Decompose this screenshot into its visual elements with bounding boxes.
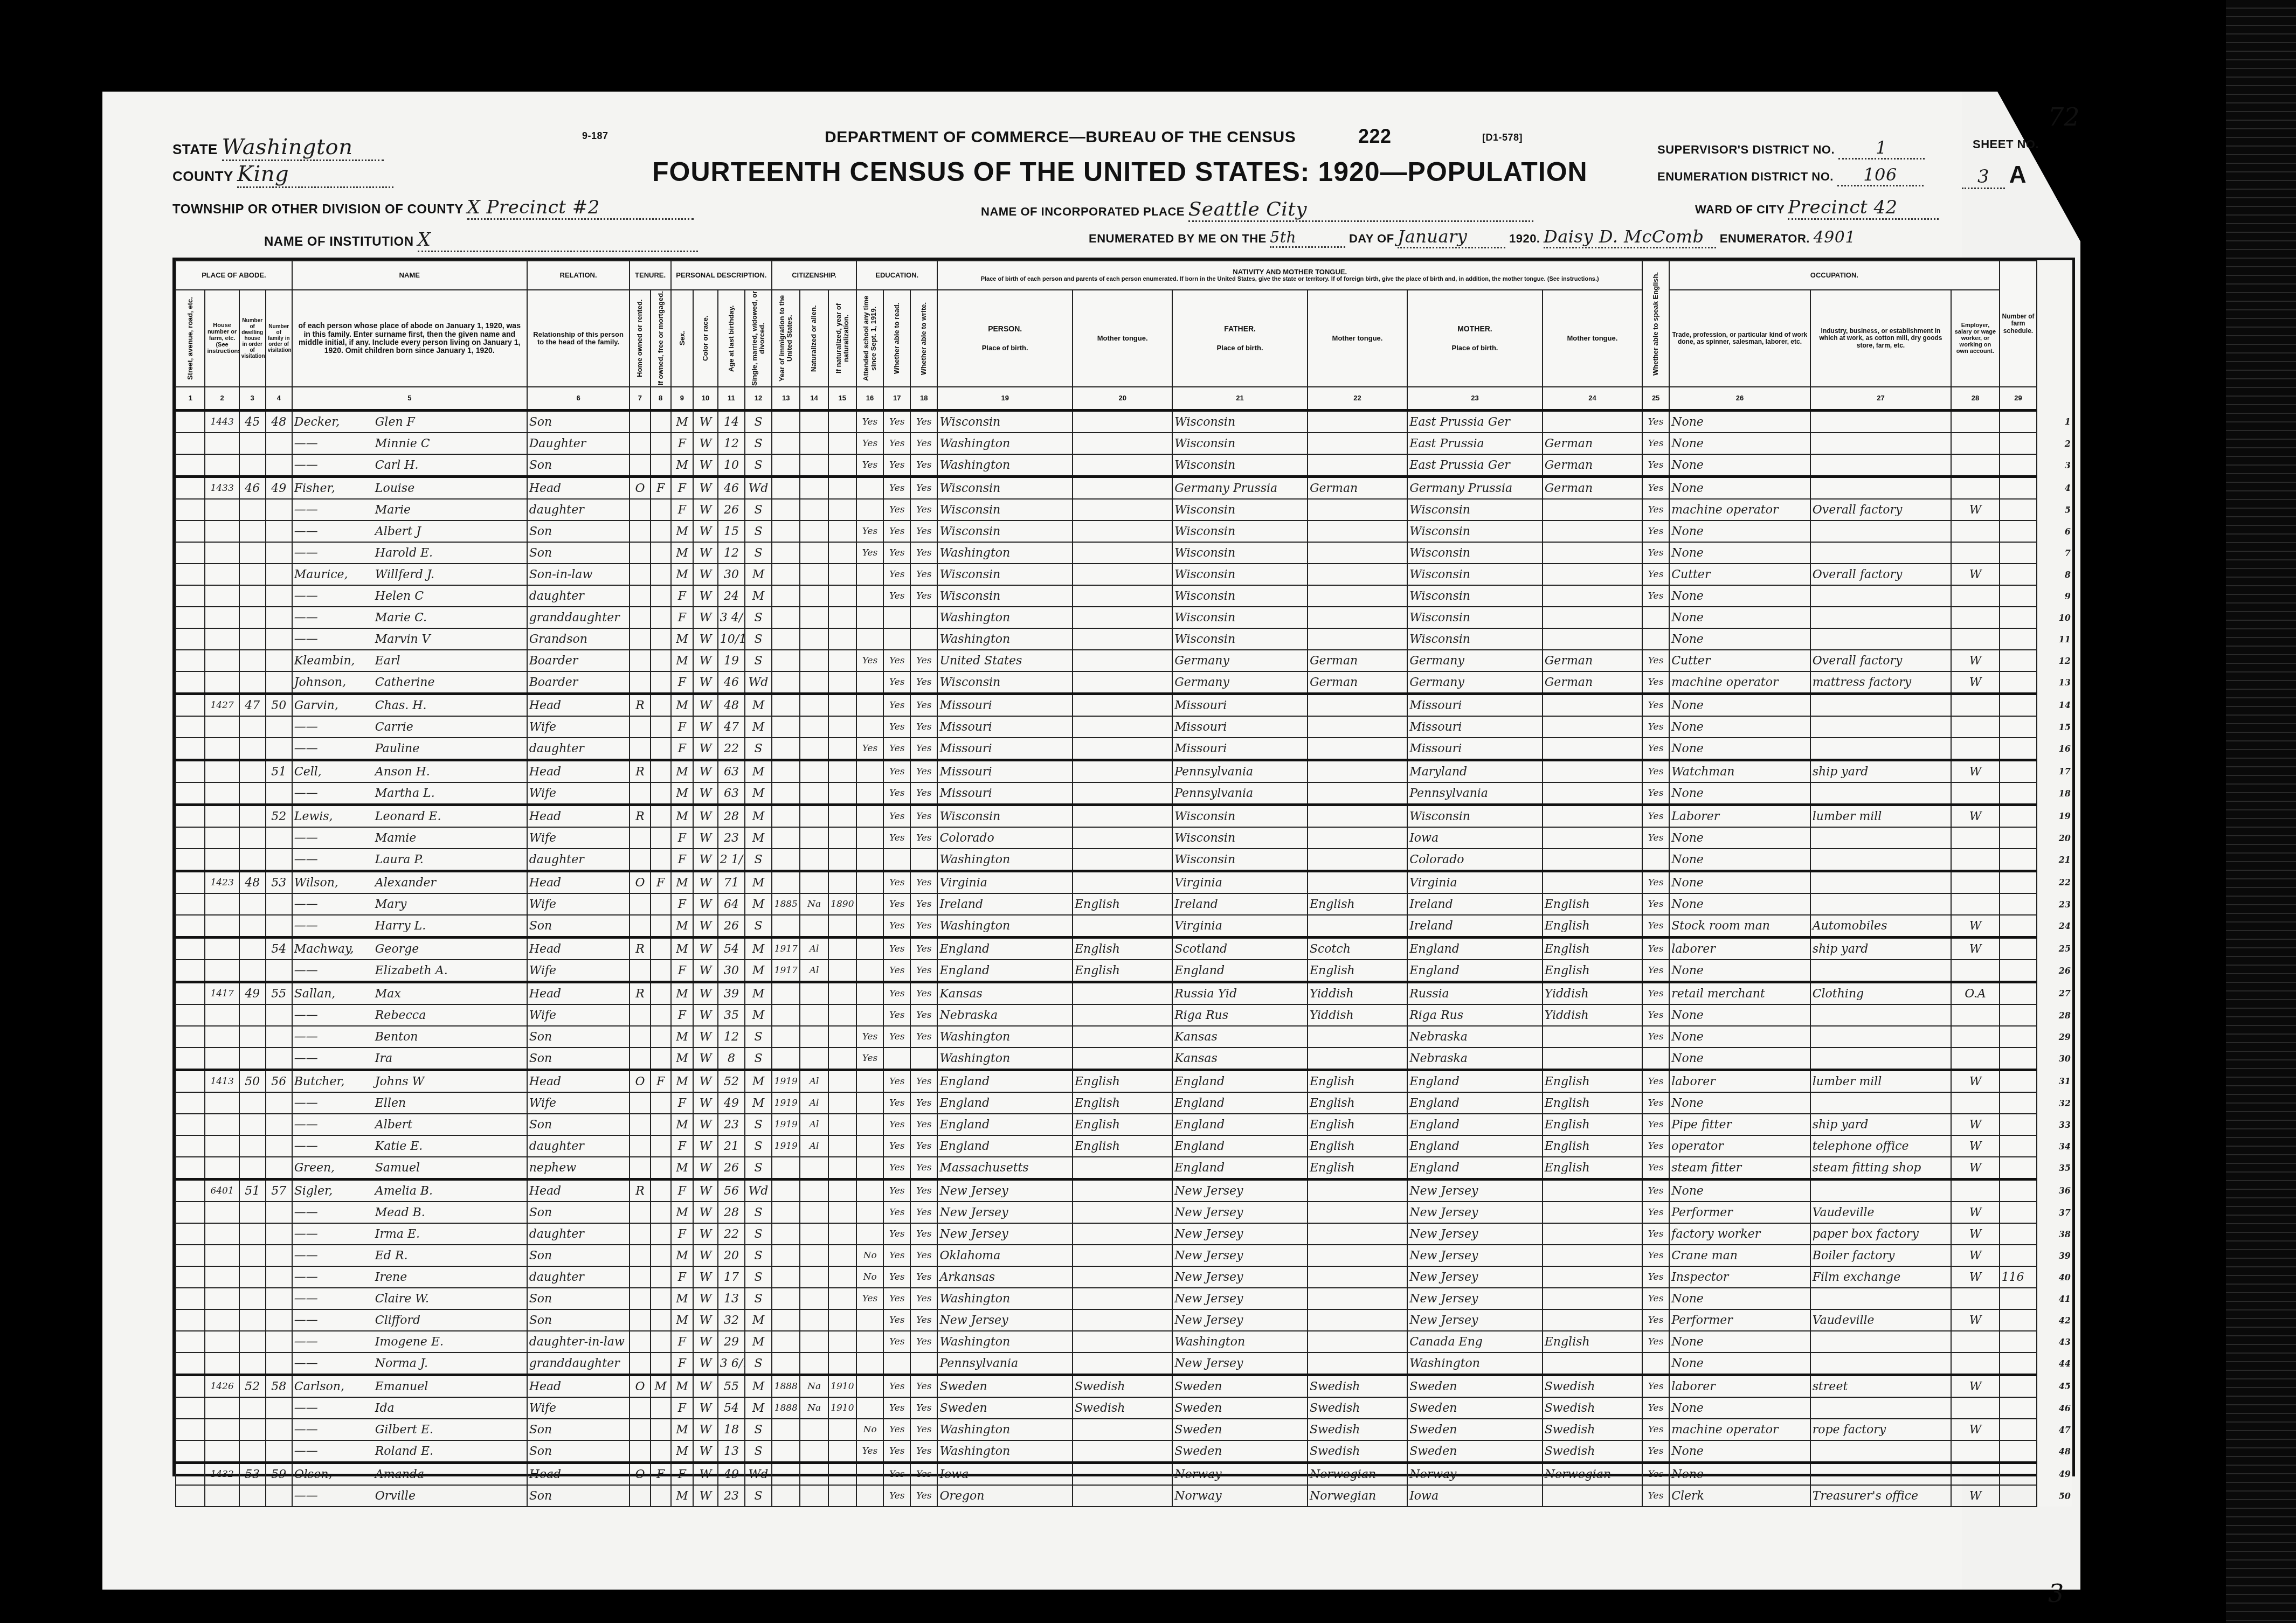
cell-pob: Wisconsin bbox=[937, 521, 1073, 542]
cell-english: Yes bbox=[1642, 1026, 1669, 1048]
cell-f-tongue: Swedish bbox=[1308, 1440, 1407, 1463]
cell-f-pob: Wisconsin bbox=[1172, 585, 1308, 607]
cell-race: W bbox=[693, 1070, 718, 1093]
line-number-value: 30 bbox=[2059, 1053, 2071, 1064]
cell-name: ——Martha L. bbox=[292, 782, 527, 805]
cell-industry bbox=[1810, 1440, 1952, 1463]
cell-school bbox=[856, 893, 883, 915]
cell-relation: Wife bbox=[527, 893, 630, 915]
cell-age: 22 bbox=[718, 1223, 745, 1245]
cell-house bbox=[205, 607, 239, 628]
cell-m-pob: Canada Eng bbox=[1407, 1331, 1543, 1352]
cell-trade: None bbox=[1669, 454, 1810, 477]
line-number: 40 574 (struck) bbox=[2037, 1266, 2072, 1288]
cell-pob: Missouri bbox=[937, 716, 1073, 738]
cell-street bbox=[176, 1419, 205, 1440]
cell-industry bbox=[1810, 1180, 1952, 1202]
cell-family bbox=[266, 1331, 292, 1352]
cell-relation: Son bbox=[527, 915, 630, 938]
cell-employ bbox=[1951, 1397, 1999, 1419]
cell-school bbox=[856, 716, 883, 738]
cell-natyr bbox=[828, 1309, 856, 1331]
cell-name: ——Pauline bbox=[292, 738, 527, 760]
enumerator-code: 4901 bbox=[1814, 228, 1856, 247]
cell-employ bbox=[1951, 782, 1999, 805]
cell-street bbox=[176, 1397, 205, 1419]
cell-nat bbox=[800, 1157, 828, 1180]
cell-english: Yes bbox=[1642, 827, 1669, 849]
line-number: 48 bbox=[2037, 1440, 2072, 1463]
cell-immig bbox=[772, 716, 800, 738]
census-row: ——EllenWifeFW49M1919AlYesYesEnglandEngli… bbox=[176, 1092, 2072, 1114]
cell-own: O bbox=[630, 1375, 650, 1398]
cell-read: Yes bbox=[883, 650, 910, 671]
cell-m-pob: Wisconsin bbox=[1407, 542, 1543, 564]
cell-own bbox=[630, 1004, 650, 1026]
cell-employ bbox=[1951, 1288, 1999, 1309]
cell-nat: Al bbox=[800, 1114, 828, 1135]
cell-sex: M bbox=[671, 1375, 693, 1398]
line-number: 42 828 bbox=[2037, 1309, 2072, 1331]
cell-write: Yes bbox=[910, 1397, 937, 1419]
col-14-header: Naturalized or alien. bbox=[800, 290, 828, 387]
cell-english: Yes bbox=[1642, 454, 1669, 477]
cell-read: Yes bbox=[883, 1485, 910, 1507]
cell-nat bbox=[800, 433, 828, 454]
surname: —— bbox=[294, 831, 375, 845]
census-row: 54Machway,GeorgeHeadRMW54M1917AlYesYesEn… bbox=[176, 938, 2072, 960]
cell-industry: rope factory bbox=[1810, 1419, 1952, 1440]
column-number: 2 bbox=[205, 387, 239, 411]
cell-f-tongue bbox=[1308, 564, 1407, 585]
cell-school bbox=[856, 1397, 883, 1419]
cell-natyr bbox=[828, 628, 856, 650]
given-name: Orville bbox=[375, 1489, 416, 1503]
cell-nat bbox=[800, 716, 828, 738]
cell-tongue bbox=[1073, 782, 1172, 805]
cell-f-pob: Missouri bbox=[1172, 694, 1308, 717]
cell-mort bbox=[651, 1397, 671, 1419]
cell-m-pob: Colorado bbox=[1407, 849, 1543, 871]
cell-nat bbox=[800, 694, 828, 717]
cell-m-tongue bbox=[1543, 1202, 1642, 1223]
cell-school: Yes bbox=[856, 738, 883, 760]
cell-trade: None bbox=[1669, 694, 1810, 717]
cell-family bbox=[266, 454, 292, 477]
cell-pob: New Jersey bbox=[937, 1223, 1073, 1245]
cell-f-pob: New Jersey bbox=[1172, 1352, 1308, 1375]
cell-m-pob: New Jersey bbox=[1407, 1202, 1543, 1223]
cell-own bbox=[630, 411, 650, 433]
line-number: 25 262 bbox=[2037, 938, 2072, 960]
cell-tongue bbox=[1073, 1180, 1172, 1202]
cell-age: 15 bbox=[718, 521, 745, 542]
microfilm-border bbox=[2226, 0, 2296, 1623]
cell-f-pob: Norway bbox=[1172, 1485, 1308, 1507]
col-8-header: If owned, free or mortgaged. bbox=[651, 290, 671, 387]
cell-family bbox=[266, 1266, 292, 1288]
cell-english: Yes bbox=[1642, 564, 1669, 585]
cell-race: W bbox=[693, 542, 718, 564]
cell-age: 8 bbox=[718, 1048, 745, 1070]
cell-sex: M bbox=[671, 760, 693, 783]
cell-family: 50 bbox=[266, 694, 292, 717]
cell-name: ——Mary bbox=[292, 893, 527, 915]
cell-employ bbox=[1951, 433, 1999, 454]
cell-f-tongue: English bbox=[1308, 960, 1407, 982]
surname: —— bbox=[294, 1357, 375, 1370]
cell-write: Yes bbox=[910, 805, 937, 828]
cell-age: 63 bbox=[718, 760, 745, 783]
county-label: COUNTY bbox=[172, 168, 233, 184]
cell-immig bbox=[772, 1419, 800, 1440]
cell-school: No bbox=[856, 1419, 883, 1440]
cell-street bbox=[176, 1463, 205, 1486]
census-row: 14234853Wilson,AlexanderHeadOFMW71MYesYe… bbox=[176, 871, 2072, 894]
cell-nat: Na bbox=[800, 1397, 828, 1419]
cell-read: Yes bbox=[883, 871, 910, 894]
cell-f-pob: Sweden bbox=[1172, 1397, 1308, 1419]
cell-read: Yes bbox=[883, 454, 910, 477]
cell-f-pob: Wisconsin bbox=[1172, 827, 1308, 849]
cell-pob: Missouri bbox=[937, 760, 1073, 783]
cell-house bbox=[205, 1004, 239, 1026]
line-number: 9 bbox=[2037, 585, 2072, 607]
cell-mort bbox=[651, 1485, 671, 1507]
surname: —— bbox=[294, 964, 375, 977]
cell-race: W bbox=[693, 827, 718, 849]
cell-f-pob: Scotland bbox=[1172, 938, 1308, 960]
cell-english: Yes bbox=[1642, 782, 1669, 805]
cell-natyr bbox=[828, 1157, 856, 1180]
cell-sex: F bbox=[671, 1463, 693, 1486]
cell-sex: F bbox=[671, 1092, 693, 1114]
cell-sex: M bbox=[671, 650, 693, 671]
cell-sex: M bbox=[671, 915, 693, 938]
cell-race: W bbox=[693, 1180, 718, 1202]
cell-own bbox=[630, 1048, 650, 1070]
cell-employ: W bbox=[1951, 1114, 1999, 1135]
cell-nat bbox=[800, 499, 828, 521]
cell-nat bbox=[800, 760, 828, 783]
cell-own bbox=[630, 1331, 650, 1352]
cell-f-tongue: German bbox=[1308, 650, 1407, 671]
line-number-value: 36 bbox=[2059, 1185, 2071, 1196]
cell-write: Yes bbox=[910, 938, 937, 960]
cell-mort bbox=[651, 1288, 671, 1309]
cell-write: Yes bbox=[910, 738, 937, 760]
cell-school: Yes bbox=[856, 454, 883, 477]
cell-sex: M bbox=[671, 1440, 693, 1463]
cell-pob: Washington bbox=[937, 915, 1073, 938]
father-label: FATHER. bbox=[1174, 325, 1305, 333]
line-number-value: 33 bbox=[2059, 1120, 2071, 1130]
line-number-value: 13 bbox=[2059, 677, 2071, 688]
cell-employ bbox=[1951, 1048, 1999, 1070]
cell-marital: S bbox=[745, 433, 772, 454]
cell-age: 2 1/12 bbox=[718, 849, 745, 871]
cell-age: 30 bbox=[718, 564, 745, 585]
cell-industry bbox=[1810, 871, 1952, 894]
cell-school bbox=[856, 1375, 883, 1398]
cell-natyr bbox=[828, 827, 856, 849]
cell-own bbox=[630, 454, 650, 477]
cell-school bbox=[856, 1092, 883, 1114]
cell-dwelling bbox=[239, 760, 266, 783]
cell-natyr bbox=[828, 1048, 856, 1070]
cell-school bbox=[856, 477, 883, 500]
cell-nat bbox=[800, 628, 828, 650]
cell-write: Yes bbox=[910, 1331, 937, 1352]
cell-industry bbox=[1810, 433, 1952, 454]
cell-age: 54 bbox=[718, 1397, 745, 1419]
cell-trade: operator bbox=[1669, 1135, 1810, 1157]
cell-industry: Boiler factory bbox=[1810, 1245, 1952, 1266]
cell-mort bbox=[651, 564, 671, 585]
cell-m-tongue bbox=[1543, 849, 1642, 871]
cell-immig bbox=[772, 628, 800, 650]
line-number: 8 44 bbox=[2037, 564, 2072, 585]
cell-race: W bbox=[693, 938, 718, 960]
cell-m-tongue: Swedish bbox=[1543, 1375, 1642, 1398]
cell-industry: Vaudeville bbox=[1810, 1202, 1952, 1223]
township-field: TOWNSHIP OR OTHER DIVISION OF COUNTY X P… bbox=[172, 197, 694, 220]
census-row: ——Mead B.SonMW28SYesYesNew JerseyNew Jer… bbox=[176, 1202, 2072, 1223]
cell-write: Yes bbox=[910, 915, 937, 938]
surname: —— bbox=[294, 546, 375, 560]
cell-family bbox=[266, 1135, 292, 1157]
cell-street bbox=[176, 650, 205, 671]
cell-own bbox=[630, 1266, 650, 1288]
line-number-value: 14 bbox=[2059, 700, 2071, 710]
bottom-mark: 3 bbox=[2048, 1579, 2064, 1608]
cell-house bbox=[205, 827, 239, 849]
cell-own bbox=[630, 1092, 650, 1114]
cell-name: ——Ida bbox=[292, 1397, 527, 1419]
cell-sex: M bbox=[671, 871, 693, 894]
cell-street bbox=[176, 1048, 205, 1070]
cell-tongue bbox=[1073, 1288, 1172, 1309]
cell-f-tongue bbox=[1308, 738, 1407, 760]
line-number-value: 2 bbox=[2065, 439, 2071, 449]
cell-employ bbox=[1951, 1463, 1999, 1486]
cell-tongue bbox=[1073, 542, 1172, 564]
cell-industry bbox=[1810, 454, 1952, 477]
given-name: Samuel bbox=[375, 1161, 420, 1175]
cell-write: Yes bbox=[910, 585, 937, 607]
group-citizenship: CITIZENSHIP. bbox=[772, 261, 856, 290]
cell-m-tongue bbox=[1543, 871, 1642, 894]
cell-m-pob: Germany bbox=[1407, 671, 1543, 694]
line-number-value: 9 bbox=[2065, 591, 2071, 601]
cell-school bbox=[856, 1180, 883, 1202]
enumerated-label: ENUMERATED BY ME ON THE bbox=[1089, 232, 1267, 245]
cell-natyr bbox=[828, 1331, 856, 1352]
cell-english: Yes bbox=[1642, 433, 1669, 454]
cell-age: 32 bbox=[718, 1309, 745, 1331]
cell-name: ——Ed R. bbox=[292, 1245, 527, 1266]
surname: —— bbox=[294, 1271, 375, 1284]
cell-school bbox=[856, 915, 883, 938]
cell-pob: Pennsylvania bbox=[937, 1352, 1073, 1375]
cell-age: 12 bbox=[718, 542, 745, 564]
cell-f-tongue bbox=[1308, 1048, 1407, 1070]
col-1-header: Street, avenue, road, etc. bbox=[176, 290, 205, 387]
place-field: NAME OF INCORPORATED PLACE Seattle City bbox=[981, 198, 1533, 222]
cell-m-pob: East Prussia bbox=[1407, 433, 1543, 454]
cell-house: 1423 bbox=[205, 871, 239, 894]
cell-farm bbox=[2000, 1202, 2037, 1223]
cell-school bbox=[856, 564, 883, 585]
cell-marital: S bbox=[745, 1026, 772, 1048]
cell-natyr bbox=[828, 716, 856, 738]
cell-f-pob: Wisconsin bbox=[1172, 564, 1308, 585]
cell-write: Yes bbox=[910, 1440, 937, 1463]
cell-immig bbox=[772, 1048, 800, 1070]
cell-age: 71 bbox=[718, 871, 745, 894]
cell-relation: Head bbox=[527, 938, 630, 960]
cell-sex: F bbox=[671, 477, 693, 500]
cell-sex: F bbox=[671, 1004, 693, 1026]
cell-dwelling: 52 bbox=[239, 1375, 266, 1398]
cell-age: 24 bbox=[718, 585, 745, 607]
surname: Kleambin, bbox=[294, 654, 375, 668]
cell-trade: None bbox=[1669, 849, 1810, 871]
cell-english: Yes bbox=[1642, 982, 1669, 1005]
cell-trade: Clerk bbox=[1669, 1485, 1810, 1507]
cell-race: W bbox=[693, 1463, 718, 1486]
cell-race: W bbox=[693, 1245, 718, 1266]
line-number-value: 32 bbox=[2059, 1098, 2071, 1108]
cell-pob: United States bbox=[937, 650, 1073, 671]
cell-f-pob: England bbox=[1172, 1092, 1308, 1114]
cell-nat bbox=[800, 1026, 828, 1048]
cell-m-tongue bbox=[1543, 1266, 1642, 1288]
cell-name: ——Clifford bbox=[292, 1309, 527, 1331]
cell-f-tongue: English bbox=[1308, 893, 1407, 915]
cell-industry bbox=[1810, 893, 1952, 915]
cell-dwelling bbox=[239, 716, 266, 738]
cell-tongue bbox=[1073, 1352, 1172, 1375]
cell-relation: Son bbox=[527, 542, 630, 564]
cell-relation: daughter bbox=[527, 499, 630, 521]
cell-farm bbox=[2000, 1026, 2037, 1048]
given-name: Carrie bbox=[375, 720, 413, 734]
cell-own bbox=[630, 433, 650, 454]
surname: —— bbox=[294, 1423, 375, 1437]
cell-m-tongue: Yiddish bbox=[1543, 982, 1642, 1005]
cell-employ: W bbox=[1951, 671, 1999, 694]
col-10-header: Color or race. bbox=[693, 290, 718, 387]
cell-farm bbox=[2000, 1070, 2037, 1093]
cell-marital: M bbox=[745, 1375, 772, 1398]
cell-pob: Missouri bbox=[937, 738, 1073, 760]
cell-immig bbox=[772, 1245, 800, 1266]
cell-dwelling bbox=[239, 1266, 266, 1288]
cell-house bbox=[205, 628, 239, 650]
cell-immig bbox=[772, 1223, 800, 1245]
cell-mort bbox=[651, 1331, 671, 1352]
cell-employ bbox=[1951, 454, 1999, 477]
cell-f-pob: Pennsylvania bbox=[1172, 782, 1308, 805]
cell-family bbox=[266, 849, 292, 871]
cell-house bbox=[205, 564, 239, 585]
cell-trade: None bbox=[1669, 1288, 1810, 1309]
cell-farm bbox=[2000, 454, 2037, 477]
cell-family bbox=[266, 1223, 292, 1245]
cell-pob: England bbox=[937, 960, 1073, 982]
column-number: 11 bbox=[718, 387, 745, 411]
surname: —— bbox=[294, 1009, 375, 1022]
cell-mort bbox=[651, 1440, 671, 1463]
cell-trade: retail merchant bbox=[1669, 982, 1810, 1005]
cell-name: Sallan,Max bbox=[292, 982, 527, 1005]
cell-m-tongue: English bbox=[1543, 1331, 1642, 1352]
cell-english: Yes bbox=[1642, 738, 1669, 760]
cell-immig bbox=[772, 1004, 800, 1026]
cell-nat bbox=[800, 1309, 828, 1331]
cell-school bbox=[856, 1463, 883, 1486]
cell-dwelling bbox=[239, 671, 266, 694]
cell-f-pob: England bbox=[1172, 1114, 1308, 1135]
cell-m-tongue bbox=[1543, 1309, 1642, 1331]
col-2-header: House number or farm, etc. (See instruct… bbox=[205, 290, 239, 387]
cell-age: 63 bbox=[718, 782, 745, 805]
cell-tongue bbox=[1073, 499, 1172, 521]
cell-write: Yes bbox=[910, 694, 937, 717]
cell-name: Decker,Glen F bbox=[292, 411, 527, 433]
cell-tongue bbox=[1073, 1463, 1172, 1486]
given-name: Harry L. bbox=[375, 919, 426, 933]
cell-street bbox=[176, 1440, 205, 1463]
cell-immig bbox=[772, 1331, 800, 1352]
cell-age: 10 bbox=[718, 454, 745, 477]
cell-mort bbox=[651, 1266, 671, 1288]
cell-street bbox=[176, 1180, 205, 1202]
col-21-header: FATHER.Place of birth. bbox=[1172, 290, 1308, 387]
cell-farm bbox=[2000, 564, 2037, 585]
cell-family bbox=[266, 1440, 292, 1463]
census-row: 14334649Fisher,LouiseHeadOFFW46WdYesYesW… bbox=[176, 477, 2072, 500]
cell-industry bbox=[1810, 628, 1952, 650]
cell-family: 48 bbox=[266, 411, 292, 433]
cell-natyr bbox=[828, 1092, 856, 1114]
line-number-value: 4 bbox=[2065, 483, 2071, 493]
cell-age: 46 bbox=[718, 671, 745, 694]
surname: —— bbox=[294, 1140, 375, 1153]
cell-m-tongue bbox=[1543, 564, 1642, 585]
cell-m-tongue: English bbox=[1543, 1114, 1642, 1135]
line-number-value: 39 bbox=[2059, 1251, 2071, 1261]
cell-relation: daughter bbox=[527, 1223, 630, 1245]
cell-write: Yes bbox=[910, 1266, 937, 1288]
line-number: 34 674 bbox=[2037, 1135, 2072, 1157]
cell-m-tongue: German bbox=[1543, 650, 1642, 671]
cell-street bbox=[176, 1352, 205, 1375]
cell-industry bbox=[1810, 716, 1952, 738]
cell-trade: None bbox=[1669, 782, 1810, 805]
cell-race: W bbox=[693, 521, 718, 542]
cell-family bbox=[266, 628, 292, 650]
cell-tongue bbox=[1073, 716, 1172, 738]
census-row: ——BentonSonMW12SYesYesYesWashingtonKansa… bbox=[176, 1026, 2072, 1048]
line-number-value: 44 bbox=[2059, 1358, 2071, 1369]
column-number: 5 bbox=[292, 387, 527, 411]
cell-trade: Stock room man bbox=[1669, 915, 1810, 938]
cell-employ bbox=[1951, 1352, 1999, 1375]
cell-relation: Head bbox=[527, 871, 630, 894]
cell-house bbox=[205, 671, 239, 694]
